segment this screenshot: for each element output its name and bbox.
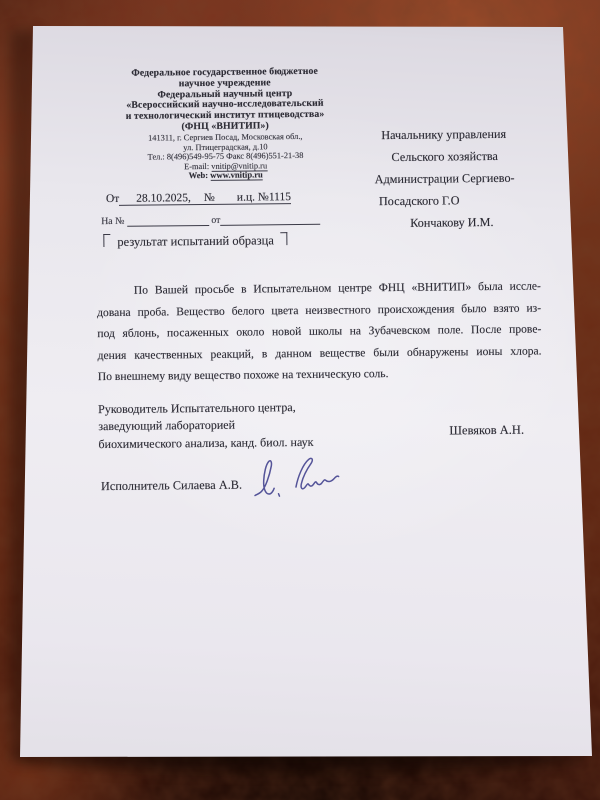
reply-from-label: от bbox=[211, 215, 220, 226]
web-label: Web: bbox=[188, 170, 208, 180]
letter-paper: Федеральное государственное бюджетное на… bbox=[0, 0, 600, 800]
reply-date-blank bbox=[220, 215, 320, 226]
outgoing-date: 28.10.2025, bbox=[136, 192, 191, 205]
letterhead-org-block: Федеральное государственное бюджетное на… bbox=[28, 66, 423, 135]
from-label: От bbox=[106, 193, 119, 205]
number-sign: № bbox=[204, 192, 215, 204]
recipient-line: Кончакову И.М. bbox=[410, 215, 493, 231]
photo-scene: Федеральное государственное бюджетное на… bbox=[0, 0, 600, 800]
subject-text: результат испытаний образца bbox=[117, 233, 274, 249]
signer-title-block: Руководитель Испытательного центра, заве… bbox=[98, 399, 314, 453]
handwritten-signature bbox=[252, 448, 347, 507]
letterhead-contact-block: 141311, г. Сергиев Посад, Московская обл… bbox=[28, 131, 422, 173]
outgoing-number: и.ц. №1115 bbox=[237, 191, 291, 204]
recipient-line: Посадского Г.О bbox=[379, 193, 460, 209]
outgoing-ref-filled: 28.10.2025,№и.ц. №1115 bbox=[119, 191, 291, 206]
reply-ref-row: На № от bbox=[101, 214, 320, 227]
reply-label: На № bbox=[101, 216, 124, 227]
recipient-line: Администрации Сергиево- bbox=[375, 171, 515, 187]
body-paragraph: По Вашей просьбе в Испытательном центре … bbox=[97, 275, 542, 388]
signer-title-line: Руководитель Испытательного центра, bbox=[98, 399, 313, 419]
body-line: По внешнему виду вещество похоже на техн… bbox=[98, 362, 542, 388]
letter-content: Федеральное государственное бюджетное на… bbox=[0, 0, 600, 800]
corner-mark-right bbox=[281, 232, 288, 245]
corner-mark-left bbox=[103, 234, 110, 247]
reply-number-blank bbox=[127, 216, 209, 227]
subject-line: результат испытаний образца bbox=[103, 231, 288, 250]
outgoing-ref-row: От28.10.2025,№и.ц. №1115 bbox=[106, 191, 291, 205]
signer-title-line: заведующий лабораторией bbox=[98, 416, 313, 436]
executor-line: Исполнитель Силаева А.В. bbox=[101, 478, 242, 494]
recipient-line: Начальнику управления bbox=[381, 127, 506, 143]
recipient-line: Сельского хозяйства bbox=[391, 149, 498, 165]
signer-name: Шевяков А.Н. bbox=[449, 423, 524, 439]
web-link: www.vnitip.ru bbox=[210, 169, 263, 181]
